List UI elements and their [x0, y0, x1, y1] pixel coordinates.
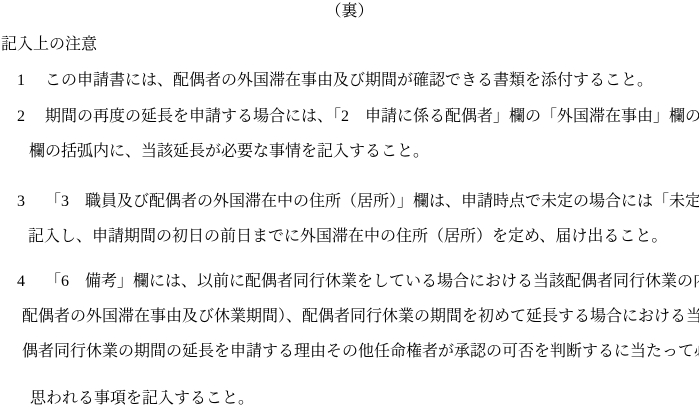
note-1-number: 1 [17, 72, 45, 89]
note-3-number: 3 [17, 193, 45, 210]
note-item-3: 3「3 職員及び配偶者の外国滞在中の住所（居所）」欄は、申請時点で未定の場合には… [17, 193, 699, 210]
note-4-text-line-3: 偶者同行休業の期間の延長を申請する理由その他任命権者が承認の可否を判断するに当た… [22, 343, 699, 360]
note-item-1: 1この申請書には、配偶者の外国滞在事由及び期間が確認できる書類を添付すること。 [17, 72, 653, 89]
note-2-number: 2 [17, 108, 45, 125]
note-4-number: 4 [17, 273, 45, 290]
note-3-text-line-2: 記入し、申請期間の初日の前日までに外国滞在中の住所（居所）を定め、届け出ること。 [28, 228, 667, 245]
notes-heading: 記入上の注意 [1, 36, 97, 53]
document-page: （裏） 記入上の注意 1この申請書には、配偶者の外国滞在事由及び期間が確認できる… [0, 0, 699, 410]
note-2-text-line-2: 欄の括弧内に、当該延長が必要な事情を記入すること。 [29, 143, 429, 160]
note-item-4: 4「6 備考」欄には、以前に配偶者同行休業をしている場合における当該配偶者同行休… [17, 273, 699, 290]
note-2-text-line-1: 期間の再度の延長を申請する場合には、「2 申請に係る配偶者」欄の「外国滞在事由」… [45, 108, 699, 125]
note-1-text: この申請書には、配偶者の外国滞在事由及び期間が確認できる書類を添付すること。 [45, 72, 653, 89]
note-4-text-line-2: 配偶者の外国滞在事由及び休業期間）、配偶者同行休業の期間を初めて延長する場合にお… [22, 308, 699, 325]
page-side-label: （裏） [0, 3, 699, 20]
note-item-2: 2期間の再度の延長を申請する場合には、「2 申請に係る配偶者」欄の「外国滞在事由… [17, 108, 699, 125]
note-4-text-line-4: 思われる事項を記入すること。 [30, 390, 254, 407]
note-4-text-line-1: 「6 備考」欄には、以前に配偶者同行休業をしている場合における当該配偶者同行休業… [45, 273, 699, 290]
note-3-text-line-1: 「3 職員及び配偶者の外国滞在中の住所（居所）」欄は、申請時点で未定の場合には「… [45, 193, 699, 210]
